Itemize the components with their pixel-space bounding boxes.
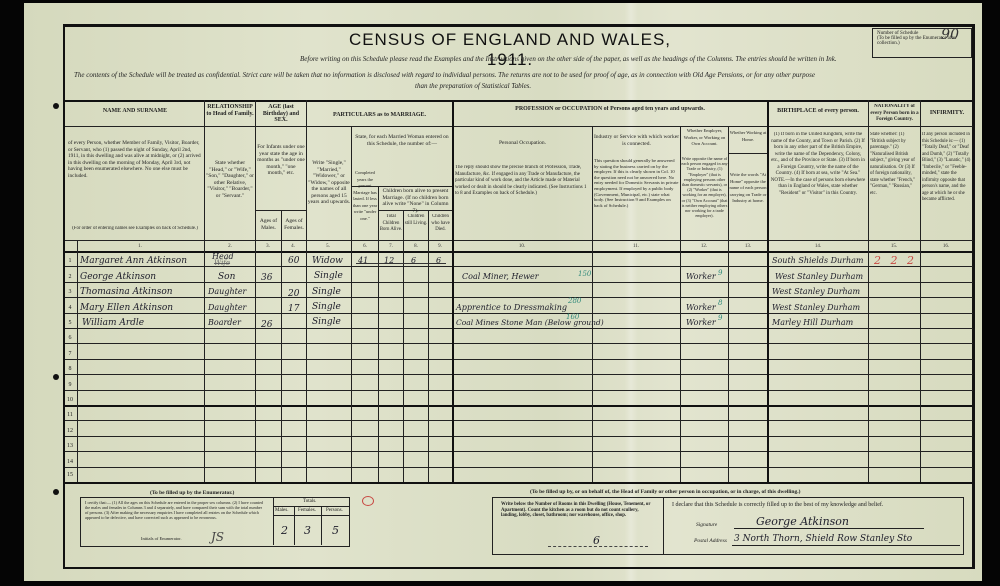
header-age-desc: For Infants under one year state the age… <box>257 144 305 177</box>
total-males: 2 <box>281 524 288 537</box>
column-numbers-border <box>65 251 973 253</box>
marriage-subheader-line <box>306 126 452 127</box>
col-divider <box>306 100 307 482</box>
rooms-instruction: Write below the Number of Rooms in this … <box>501 502 651 519</box>
header-children-died: Children who have Died. <box>429 214 452 234</box>
col-divider <box>281 210 282 482</box>
header-years-married: Completed years the present Marriage has… <box>352 170 378 222</box>
enumerator-initials-label: Initials of Enumerator. <box>141 536 182 542</box>
header-children: Children born alive to present Marriage.… <box>379 188 452 214</box>
header-name-note: (For order of entering names see Example… <box>68 226 202 233</box>
person-marital-status: Single <box>312 302 341 312</box>
header-birthplace-desc: (1) If born in the United Kingdom, write… <box>770 132 866 197</box>
red-circle-mark <box>362 496 374 506</box>
person-marital-status: Single <box>312 317 341 327</box>
header-marriage-status: Write "Single," "Married," "Widower," or… <box>307 160 351 206</box>
header-occupation: PROFESSION or OCCUPATION of Persons aged… <box>460 106 760 113</box>
totals-line <box>273 506 349 507</box>
col-divider <box>428 210 429 482</box>
row-divider <box>65 328 973 329</box>
header-personal-occupation-desc: The reply should show the precise branch… <box>455 165 590 198</box>
person-relationship: Daughter <box>208 287 246 296</box>
enumerator-heading: (To be filled up by the Enumerator.) <box>150 490 234 496</box>
occupation-code: 150 <box>578 270 591 278</box>
column-number: 12. <box>694 244 714 249</box>
females-label: Females. <box>298 508 316 514</box>
header-relationship-desc: State whether "Head," or "Wife," "Son," … <box>206 160 254 199</box>
person-name: Thomasina Atkinson <box>80 287 173 297</box>
row-divider <box>65 313 973 314</box>
person-age-male: 26 <box>261 320 272 330</box>
column-number: 15. <box>884 244 904 249</box>
person-marital-status: Widow <box>312 256 343 266</box>
header-birthplace: BIRTHPLACE of every person. <box>768 108 868 115</box>
enumerator-box: I certify that:— (1) All the ages on thi… <box>80 497 350 547</box>
col-divider <box>403 210 404 482</box>
row-number: 2 <box>64 274 76 280</box>
person-name: William Ardle <box>82 318 144 328</box>
header-divider <box>65 126 973 127</box>
address-label: Postal Address <box>694 538 727 544</box>
punch-hole <box>53 374 59 380</box>
person-marital-status: Single <box>314 271 343 281</box>
totals-col <box>294 506 295 545</box>
column-number: 14. <box>808 244 828 249</box>
row-divider <box>65 390 973 391</box>
row-divider <box>65 436 973 437</box>
punch-hole <box>53 489 59 495</box>
employer-code: 8 <box>718 299 722 307</box>
rooms-box: Write below the Number of Rooms in this … <box>492 497 664 555</box>
person-birthplace: South Shields Durham <box>772 256 864 265</box>
col-divider <box>77 240 78 482</box>
person-age-female: 60 <box>288 256 299 266</box>
confidential-line: The contents of the Schedule will be tre… <box>74 71 815 79</box>
row-number: 8 <box>64 366 76 372</box>
row-number: 6 <box>64 335 76 341</box>
person-relationship: Daughter <box>208 303 246 312</box>
row-divider <box>65 343 973 344</box>
person-birthplace: West Stanley Durham <box>775 272 863 281</box>
row-number: 12 <box>64 428 76 434</box>
instruction-line: Before writing on this Schedule please r… <box>300 55 837 63</box>
header-nationality-desc: State whether: (1) "British subject by p… <box>870 132 919 197</box>
address-line <box>732 545 960 546</box>
col-divider <box>452 100 454 482</box>
punch-hole <box>53 103 59 109</box>
row-number: 4 <box>64 305 76 311</box>
person-relationship: Boarder <box>208 318 241 327</box>
total-females: 3 <box>304 524 311 537</box>
col-divider <box>592 126 593 482</box>
table-top-border <box>65 100 973 102</box>
row-number: 14 <box>64 459 76 465</box>
row-number: 9 <box>64 382 76 388</box>
header-married-women: State, for each Married Woman entered on… <box>352 134 452 147</box>
person-relationship-struck: Wife <box>214 259 230 267</box>
person-occupation: Coal Miner, Hewer <box>462 272 539 281</box>
person-birthplace: West Stanley Durham <box>772 287 860 296</box>
postal-address: 3 North Thorn, Shield Row Stanley Sto <box>734 534 912 544</box>
header-name-desc: of every Person, whether Member of Famil… <box>68 140 202 179</box>
row-divider <box>65 266 973 267</box>
person-marital-status: Single <box>312 287 341 297</box>
column-number: 11. <box>626 244 646 249</box>
person-relationship: Son <box>218 272 235 282</box>
person-name: Margaret Ann Atkinson <box>80 256 187 266</box>
row-divider <box>65 420 973 421</box>
row-number: 11 <box>64 412 76 418</box>
header-industry-desc: This question should generally be answer… <box>594 158 679 208</box>
header-employer: Whether Employer, Worker, or Working on … <box>681 128 728 148</box>
person-name: George Atkinson <box>80 272 156 282</box>
header-at-home: Whether Working at Home. <box>729 130 767 143</box>
signature: George Atkinson <box>756 515 849 528</box>
header-children-total: Total Children Born Alive. <box>379 214 403 234</box>
header-industry: Industry or Service with which worker is… <box>593 134 680 147</box>
column-number: 7. <box>381 244 401 249</box>
occupation-code: 160 <box>566 313 579 321</box>
page-title: CENSUS OF ENGLAND AND WALES, 1911. <box>340 30 680 70</box>
person-age-male: 36 <box>261 273 272 283</box>
header-infirmity-desc: If any person included in this Schedule … <box>922 132 972 204</box>
header-nationality: NATIONALITY of every Person born in a Fo… <box>869 104 920 124</box>
header-name: NAME AND SURNAME <box>66 108 204 115</box>
column-number: 6. <box>355 244 375 249</box>
males-label: Males. <box>275 508 288 514</box>
column-number: 13. <box>738 244 758 249</box>
persons-label: Persons. <box>326 508 343 514</box>
rooms-count: 6 <box>593 534 600 547</box>
header-bottom-border <box>65 240 973 241</box>
header-age-females: Ages of Females. <box>282 218 306 231</box>
col-divider <box>767 100 769 482</box>
age-sex-line <box>255 210 306 211</box>
row-divider <box>65 297 973 298</box>
row-number: 1 <box>64 258 76 264</box>
row-divider <box>65 405 973 407</box>
signature-label: Signature <box>696 522 717 528</box>
column-number: 4. <box>283 244 303 249</box>
enumerator-certify: I certify that:— (1) All the ages on thi… <box>85 500 265 520</box>
row-number: 10 <box>64 397 76 403</box>
row-divider <box>65 467 973 468</box>
schedule-number-box: Number of Schedule (To be filled up by t… <box>872 28 972 58</box>
column-number: 8. <box>406 244 426 249</box>
person-age-female: 17 <box>288 304 299 314</box>
enumerator-initials: JS <box>211 530 224 544</box>
strike-through-line <box>356 263 446 264</box>
header-personal-occupation: Personal Occupation. <box>453 140 592 147</box>
header-age-males: Ages of Males. <box>256 218 281 231</box>
row-number: 13 <box>64 443 76 449</box>
total-persons: 5 <box>332 524 339 537</box>
person-age-female: 20 <box>288 289 299 299</box>
column-number: 10. <box>512 244 532 249</box>
signature-line <box>734 528 924 529</box>
person-employer-status: Worker <box>686 272 716 281</box>
person-occupation: Apprentice to Dressmaking <box>456 303 567 312</box>
row-divider <box>65 282 973 283</box>
column-number: 9. <box>430 244 450 249</box>
row-divider <box>65 451 973 452</box>
column-number: 3. <box>258 244 278 249</box>
col-divider <box>255 100 256 482</box>
totals-line <box>273 515 349 516</box>
person-employer-status: Worker <box>686 303 716 312</box>
row-number: 7 <box>64 351 76 357</box>
table-bottom-border <box>65 482 973 484</box>
employer-code: 9 <box>718 269 722 277</box>
totals-label: Totals. <box>303 499 316 505</box>
column-number: 5. <box>318 244 338 249</box>
header-at-home-desc: Write the words "At Home" opposite the n… <box>729 172 767 205</box>
col-divider <box>204 100 205 482</box>
person-birthplace: West Stanley Durham <box>772 303 860 312</box>
row-divider <box>65 374 973 375</box>
col-divider <box>920 100 921 482</box>
person-employer-status: Worker <box>686 318 716 327</box>
declaration-text: I declare that this Schedule is correctl… <box>672 502 883 508</box>
column-number: 2. <box>220 244 240 249</box>
schedule-number-value: 90 <box>941 27 959 43</box>
person-occupation: Coal Mines Stone Man (Below ground) <box>456 318 604 327</box>
header-age: AGE (last Birthday) and SEX. <box>256 104 306 124</box>
occupation-code: 280 <box>568 297 581 305</box>
column-number: 1. <box>130 244 150 249</box>
employer-code: 9 <box>718 314 722 322</box>
header-employer-desc: Write opposite the name of each person e… <box>681 156 728 218</box>
header-infirmity: INFIRMITY. <box>921 110 973 117</box>
person-name: Mary Ellen Atkinson <box>80 303 173 313</box>
header-relationship: RELATIONSHIP to Head of Family. <box>205 104 255 117</box>
header-children-living: Children still Living. <box>404 214 428 227</box>
col-divider <box>868 100 869 482</box>
row-number: 3 <box>64 289 76 295</box>
birthplace-code: 2 2 2 <box>874 254 917 267</box>
totals-col <box>321 506 322 545</box>
row-number: 5 <box>64 320 76 326</box>
athome-line <box>728 153 767 154</box>
declaration-box: I declare that this Schedule is correctl… <box>664 497 964 555</box>
statistical-line: than the preparation of Statistical Tabl… <box>415 82 531 90</box>
column-number: 16. <box>936 244 956 249</box>
header-marriage: PARTICULARS as to MARRIAGE. <box>307 112 452 119</box>
row-divider <box>65 359 973 360</box>
person-birthplace: Marley Hill Durham <box>772 318 853 327</box>
occupier-heading: (To be filled up by, or on behalf of, th… <box>530 489 800 495</box>
row-number: 15 <box>64 472 76 478</box>
